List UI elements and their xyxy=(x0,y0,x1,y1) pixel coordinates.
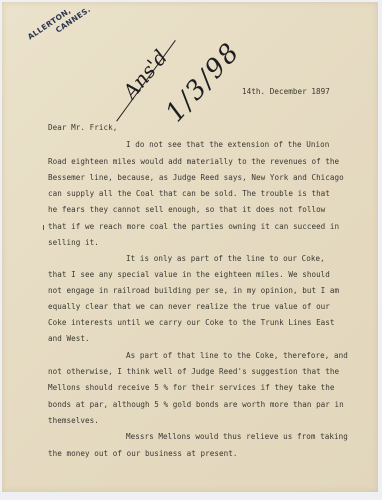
letter-line: Road eighteen miles would add materially… xyxy=(48,157,339,167)
letter-line: themselves. xyxy=(48,416,99,426)
letter-line: not engage in railroad building per se, … xyxy=(48,286,339,296)
letter-line: can supply all the Coal that can be sold… xyxy=(48,189,330,199)
letter-line: and West. xyxy=(48,334,90,344)
letter-line: I do not see that the extension of the U… xyxy=(126,140,329,150)
letter-line: bonds at par, although 5 % gold bonds ar… xyxy=(48,400,344,410)
letter-line: the money out of our business at present… xyxy=(48,449,238,459)
salutation: Dear Mr. Frick, xyxy=(48,123,117,133)
letter-date: 14th. December 1897 xyxy=(242,87,330,97)
letter-line: Coke interests until we carry our Coke t… xyxy=(48,318,335,328)
letter-line: not otherwise, I think well of Judge Ree… xyxy=(48,367,339,377)
letter-line: It is only as part of the line to our Co… xyxy=(126,254,325,264)
margin-mark xyxy=(43,225,44,230)
letter-line: selling it. xyxy=(48,238,99,248)
letter-line: equally clear that we can never realize … xyxy=(48,302,330,312)
letter-line: Messrs Mellons would thus relieve us fro… xyxy=(126,432,348,442)
letter-line: he fears they cannot sell enough, so tha… xyxy=(48,205,325,215)
letter-line: As part of that line to the Coke, theref… xyxy=(126,351,348,361)
letter-line: that if we reach more coal the parties o… xyxy=(48,222,339,232)
letterhead-stamp: ALLERTON, CANNES. xyxy=(26,0,93,51)
letter-line: Bessemer line, because, as Judge Reed sa… xyxy=(48,173,344,183)
letter-line: Mellons should receive 5 % for their ser… xyxy=(48,383,335,393)
letter-line: that I see any special value in the eigh… xyxy=(48,270,330,280)
